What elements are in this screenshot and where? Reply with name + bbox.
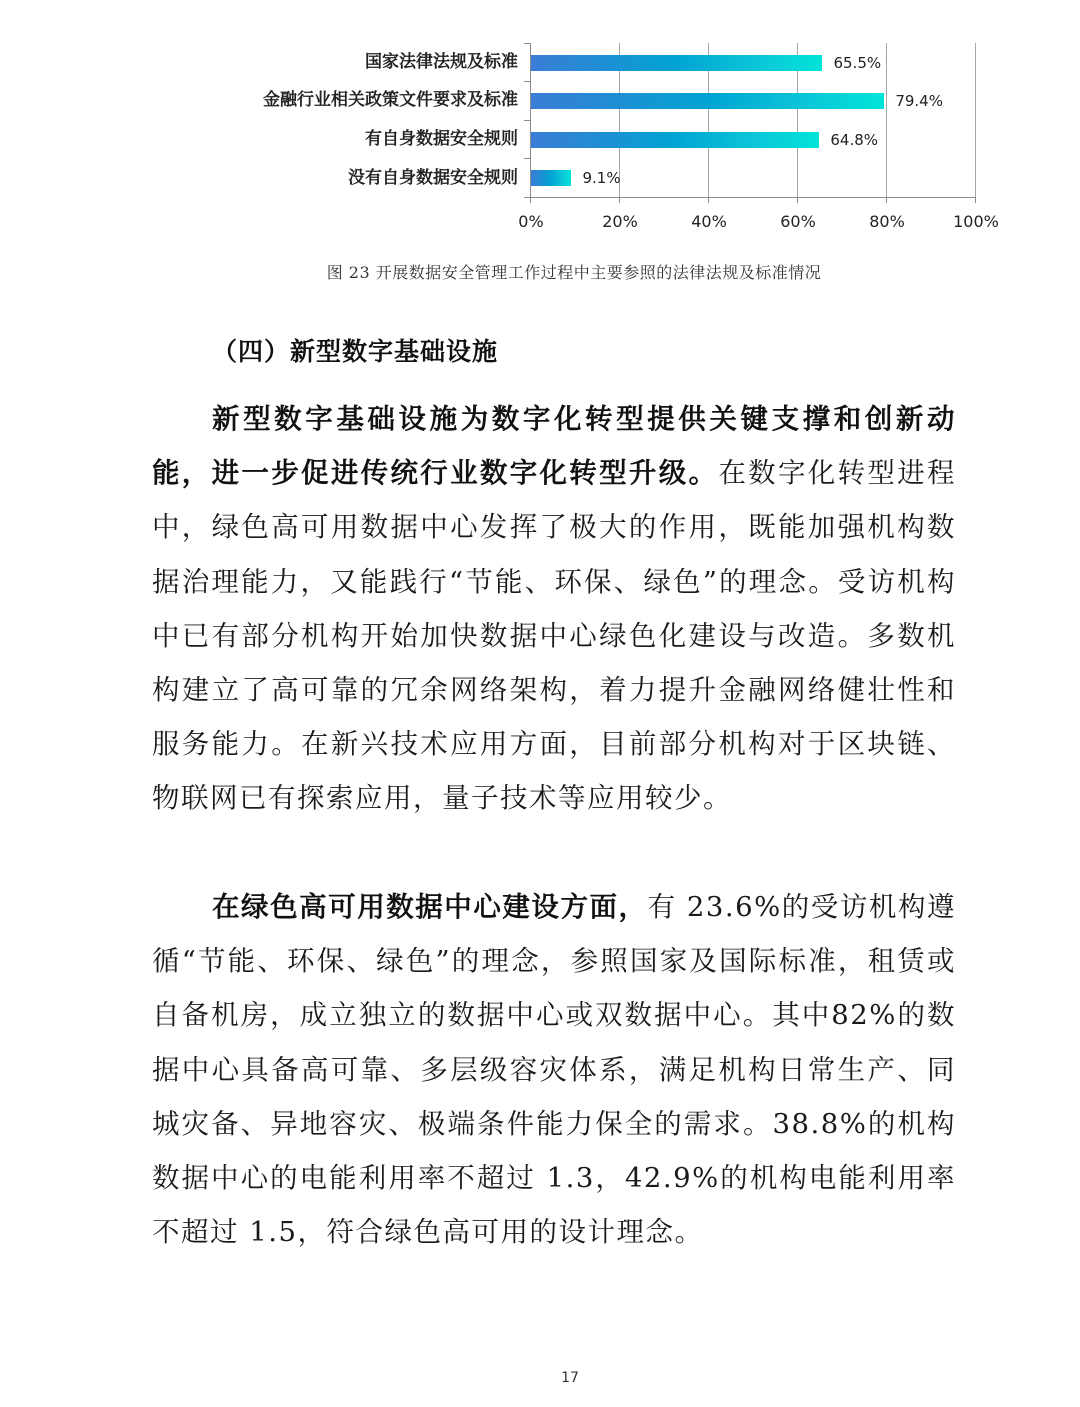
category-label: 有自身数据安全规则 [365, 129, 518, 149]
bar-chart: 国家法律法规及标准 金融行业相关政策文件要求及标准 有自身数据安全规则 没有自身… [0, 0, 1080, 250]
x-tick [886, 197, 887, 203]
paragraph: 新型数字基础设施为数字化转型提供关键支撑和创新动能，进一步促进传统行业数字化转型… [152, 392, 956, 826]
x-tick-label: 60% [768, 212, 828, 231]
bar-value-label: 65.5% [833, 55, 881, 71]
y-tick [524, 43, 530, 44]
bar-value-label: 79.4% [895, 93, 943, 109]
gridline [886, 43, 887, 197]
category-label: 金融行业相关政策文件要求及标准 [263, 90, 518, 110]
x-tick-label: 0% [501, 212, 561, 231]
category-label: 没有自身数据安全规则 [348, 168, 518, 188]
plot-area: 65.5% 79.4% 64.8% 9.1% [530, 43, 975, 197]
page-number: 17 [0, 1370, 1080, 1386]
y-tick [524, 120, 530, 121]
bar-value-label: 9.1% [582, 170, 620, 186]
section-heading: （四）新型数字基础设施 [212, 332, 498, 368]
figure-caption: 图 23 开展数据安全管理工作过程中主要参照的法律法规及标准情况 [0, 260, 1080, 283]
x-tick-label: 40% [679, 212, 739, 231]
y-tick [524, 81, 530, 82]
category-label: 国家法律法规及标准 [365, 52, 518, 72]
bar [531, 93, 884, 109]
x-tick [797, 197, 798, 203]
x-tick-label: 80% [857, 212, 917, 231]
x-tick [619, 197, 620, 203]
paragraph-body: 在数字化转型进程中，绿色高可用数据中心发挥了极大的作用，既能加强机构数据治理能力… [152, 457, 956, 814]
paragraph-lead: 在绿色高可用数据中心建设方面， [212, 891, 648, 923]
x-tick-label: 20% [590, 212, 650, 231]
x-tick [530, 197, 531, 203]
x-tick [708, 197, 709, 203]
y-tick [524, 158, 530, 159]
x-tick [975, 197, 976, 203]
paragraph-body: 有 23.6%的受访机构遵循“节能、环保、绿色”的理念，参照国家及国际标准，租赁… [152, 891, 956, 1248]
bar [531, 170, 571, 186]
x-tick-label: 100% [946, 212, 1006, 231]
gridline [975, 43, 976, 197]
paragraph: 在绿色高可用数据中心建设方面，有 23.6%的受访机构遵循“节能、环保、绿色”的… [152, 880, 956, 1259]
bar [531, 55, 822, 71]
bar-value-label: 64.8% [830, 132, 878, 148]
bar [531, 132, 819, 148]
x-axis [524, 197, 976, 198]
